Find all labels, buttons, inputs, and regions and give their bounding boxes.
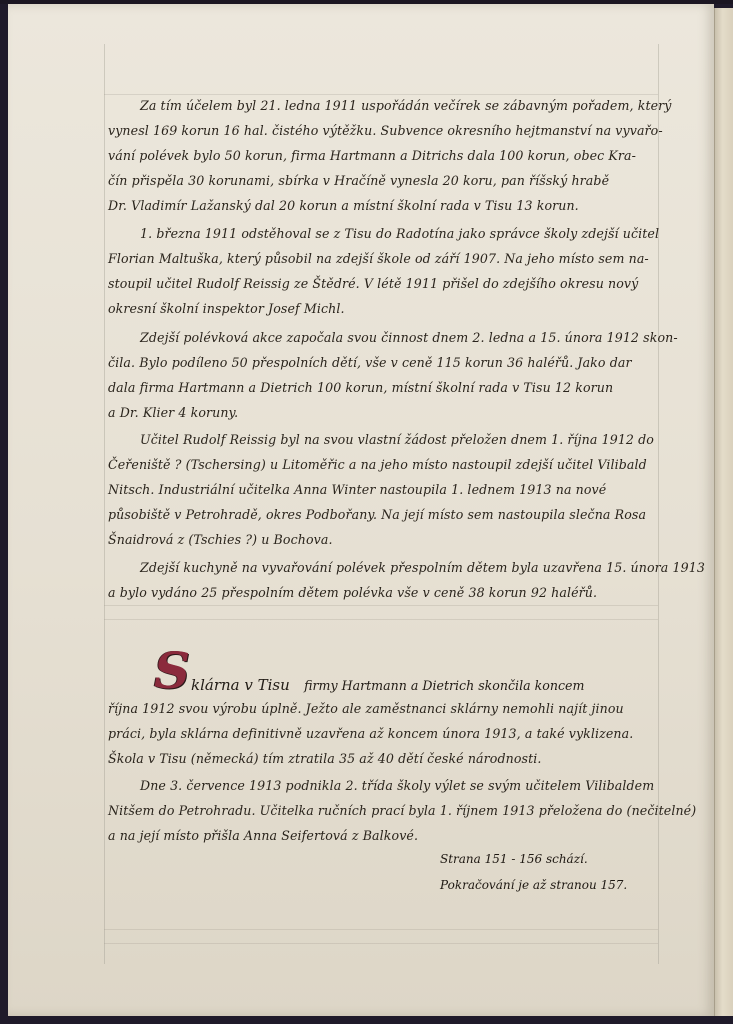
- text-line: práci, byla sklárna definitivně uzavřena…: [108, 726, 633, 741]
- text-line: Čeřeniště ? (Tschersing) u Litoměřic a n…: [108, 457, 647, 472]
- text-line: působiště v Petrohradě, okres Podbořany.…: [108, 507, 646, 522]
- text-line: Nitsch. Industriální učitelka Anna Winte…: [108, 482, 606, 497]
- section-heading: klárna v Tisu: [191, 676, 290, 694]
- text-line: stoupil učitel Rudolf Reissig ze Štědré.…: [108, 276, 638, 291]
- decorated-initial: S: [154, 646, 190, 696]
- text-line: okresní školní inspektor Josef Michl.: [108, 301, 345, 316]
- right-margin-rule: [658, 44, 659, 964]
- text-line: Dr. Vladimír Lažanský dal 20 korun a mís…: [108, 198, 579, 213]
- missing-pages-note: Strana 151 - 156 schází.: [440, 852, 588, 866]
- text-line: dala firma Hartmann a Dietrich 100 korun…: [108, 380, 613, 395]
- text-line: Zdejší kuchyně na vyvařování polévek pře…: [140, 560, 705, 575]
- text-line: Nitšem do Petrohradu. Učitelka ručních p…: [108, 803, 696, 818]
- ruled-line: [104, 943, 658, 944]
- text-line: Zdejší polévková akce započala svou činn…: [140, 330, 678, 345]
- text-line: října 1912 svou výrobu úplně. Ježto ale …: [108, 701, 624, 716]
- text-line: vání polévek bylo 50 korun, firma Hartma…: [108, 148, 636, 163]
- text-line: vynesl 169 korun 16 hal. čistého výtěžku…: [108, 123, 663, 138]
- ruled-line: [104, 605, 658, 606]
- section-heading-continuation: firmy Hartmann a Dietrich skončila konce…: [304, 678, 584, 693]
- text-line: Dne 3. července 1913 podnikla 2. třída š…: [140, 778, 654, 793]
- text-line: Za tím účelem byl 21. ledna 1911 uspořád…: [140, 98, 672, 113]
- text-line: a Dr. Klier 4 koruny.: [108, 405, 238, 420]
- text-line: Škola v Tisu (německá) tím ztratila 35 a…: [108, 751, 541, 766]
- left-margin-rule: [104, 44, 105, 964]
- section-heading-line: klárna v Tisu firmy Hartmann a Dietrich …: [191, 676, 584, 694]
- text-line: 1. března 1911 odstěhoval se z Tisu do R…: [140, 226, 659, 241]
- ruled-line: [104, 94, 658, 95]
- next-page-edge: [714, 8, 733, 1016]
- text-line: a na její místo přišla Anna Seifertová z…: [108, 828, 418, 843]
- text-line: čila. Bylo podíleno 50 přespolních dětí,…: [108, 355, 632, 370]
- notebook-page: Za tím účelem byl 21. ledna 1911 uspořád…: [8, 4, 714, 1016]
- ruled-line: [104, 619, 658, 620]
- text-line: čín přispěla 30 korunami, sbírka v Hračí…: [108, 173, 609, 188]
- text-line: Učitel Rudolf Reissig byl na svou vlastn…: [140, 432, 654, 447]
- text-line: Šnaidrová z (Tschies ?) u Bochova.: [108, 532, 333, 547]
- continuation-note: Pokračování je až stranou 157.: [440, 878, 627, 892]
- text-line: a bylo vydáno 25 přespolním dětem polévk…: [108, 585, 597, 600]
- ruled-line: [104, 929, 658, 930]
- text-line: Florian Maltuška, který působil na zdejš…: [108, 251, 649, 266]
